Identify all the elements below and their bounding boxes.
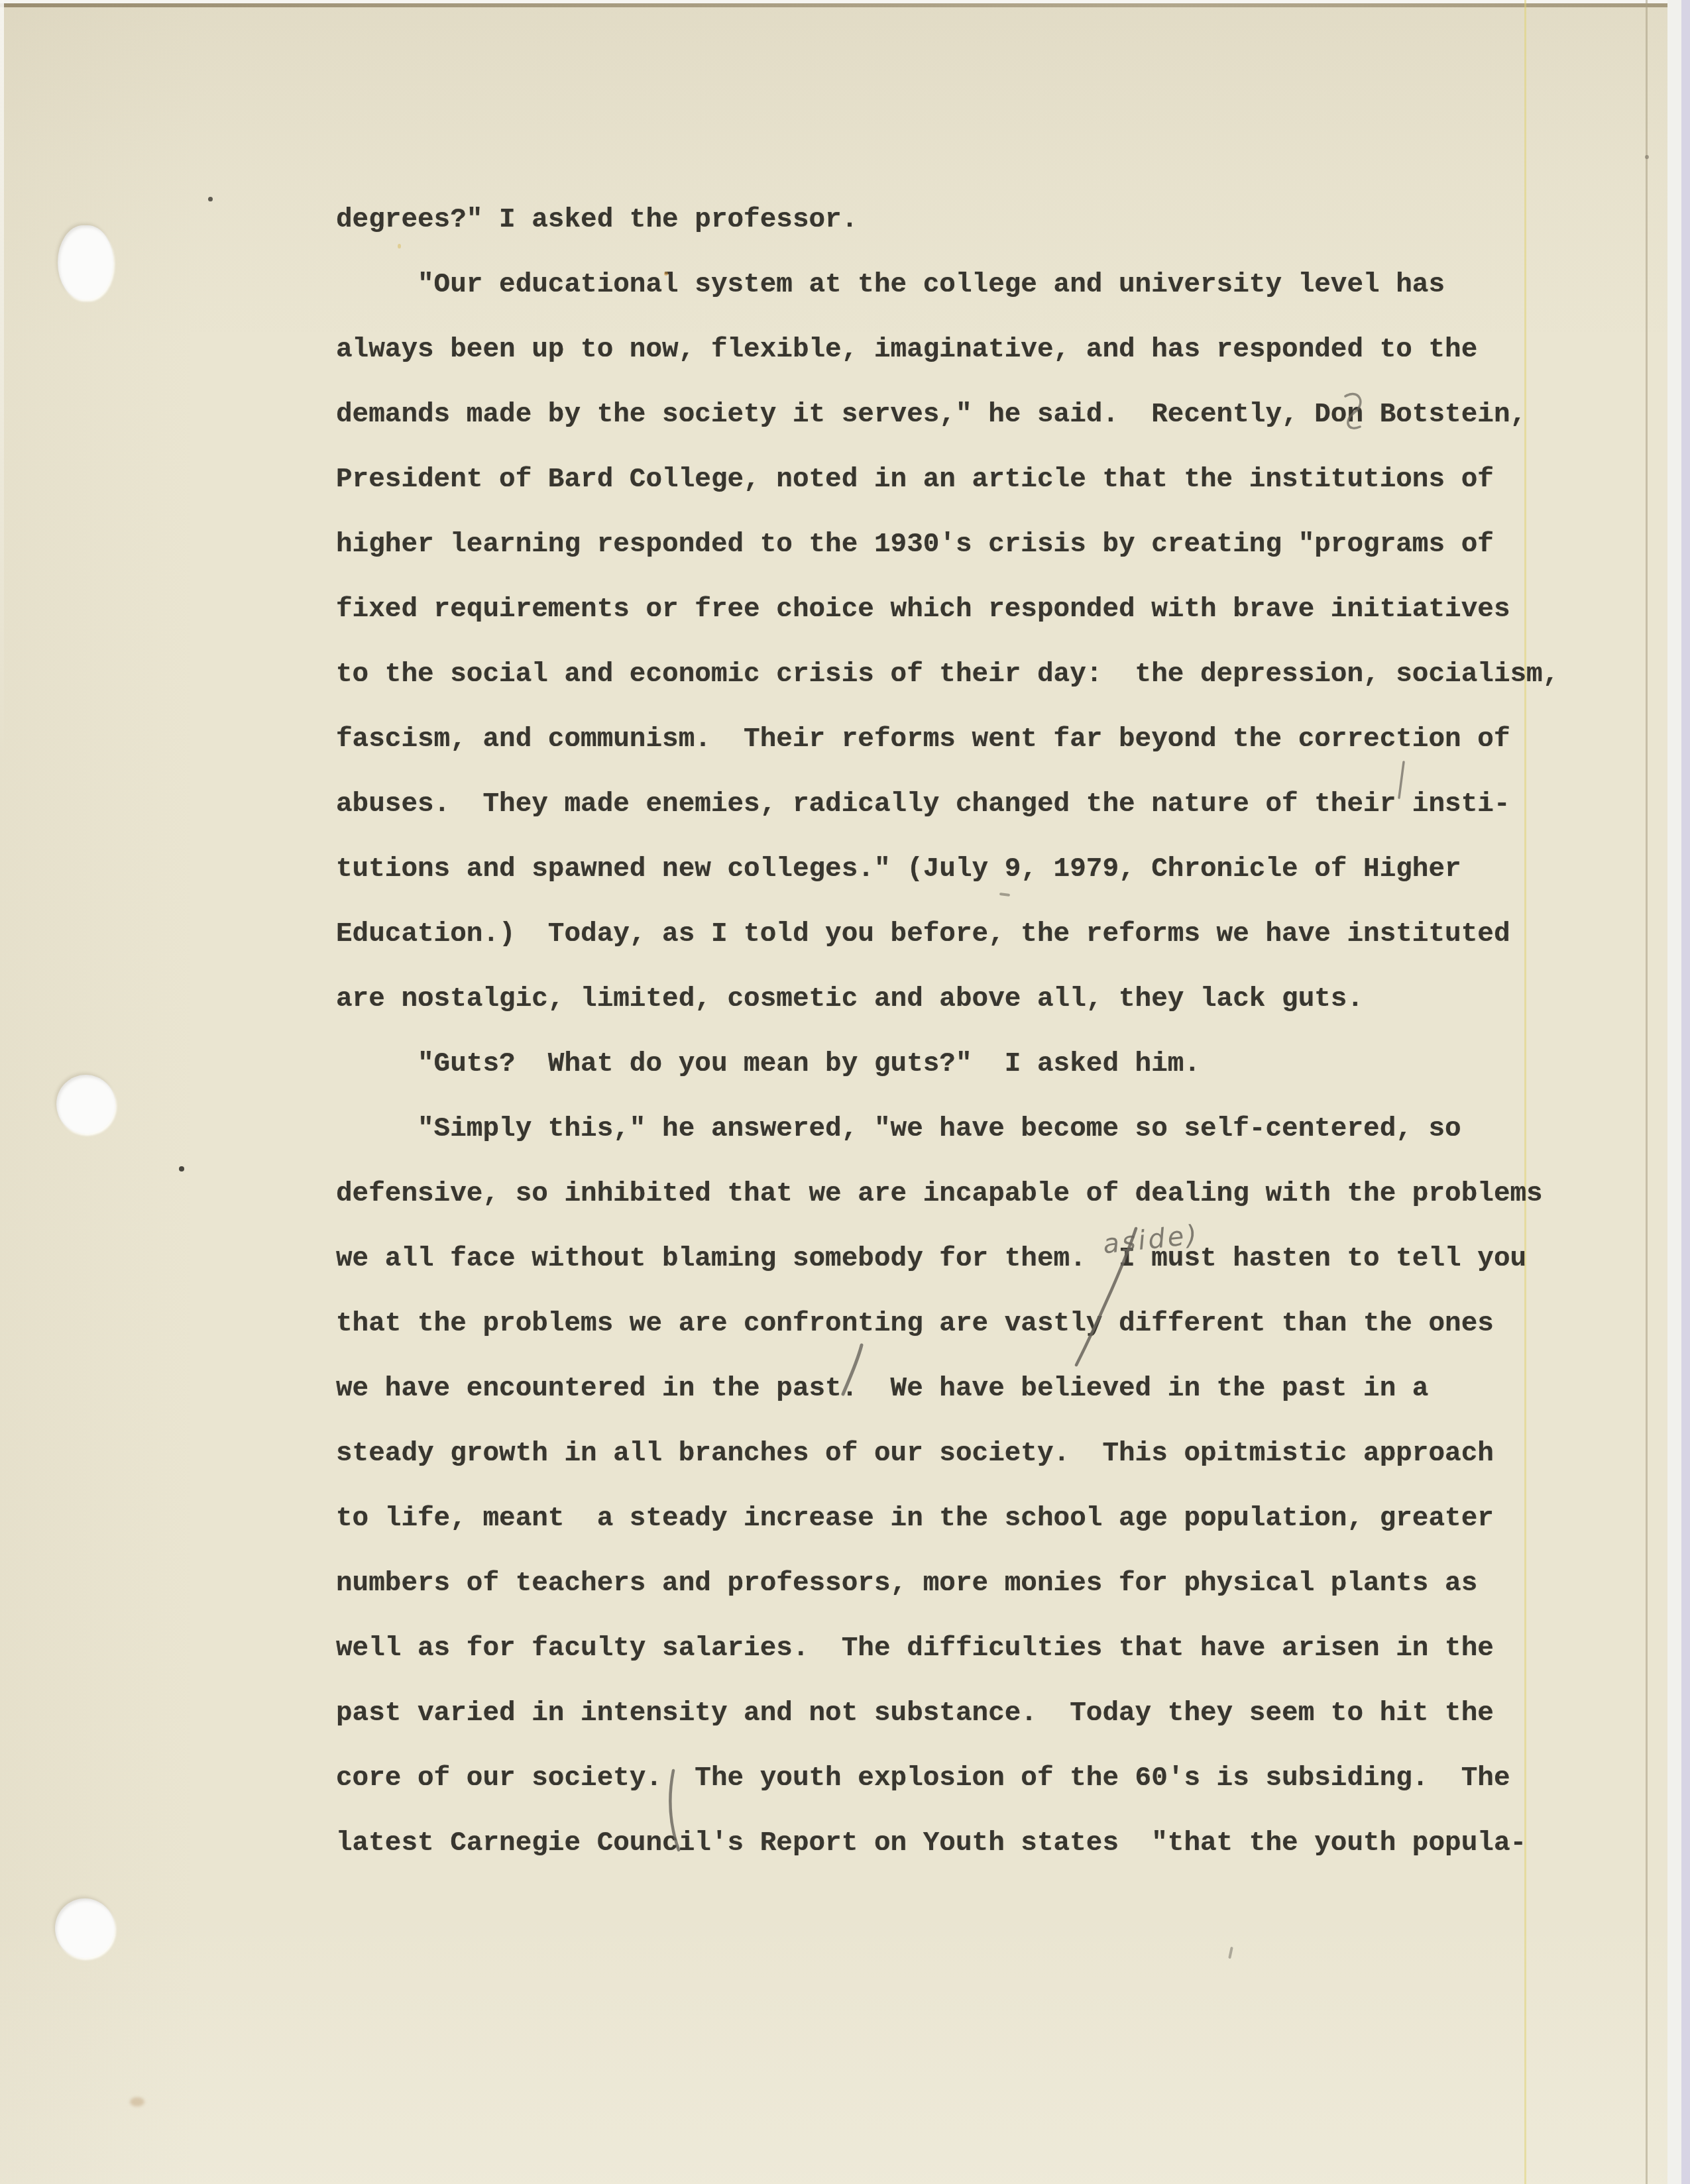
paper-sheet: degrees?" I asked the professor. "Our ed…: [0, 0, 1668, 2184]
scanned-document: { "page": { "kind": "typewritten manuscr…: [0, 0, 1690, 2184]
pencil-tick-their: [1399, 762, 1404, 798]
paper-smudge: [130, 2097, 144, 2106]
pencil-slash-past: [843, 1345, 862, 1394]
fiber-speck: [398, 244, 401, 248]
scan-backing-lavender: [1681, 0, 1690, 2184]
fiber-speck: [664, 272, 668, 276]
pencil-bar-youth: [670, 1771, 679, 1850]
pencil-annotations: [0, 0, 1690, 2184]
ink-speck: [208, 197, 213, 201]
dust-speck: [1645, 155, 1649, 159]
ink-speck: [179, 1166, 184, 1172]
pencil-slash-aside: [1076, 1228, 1136, 1365]
scan-backing-white: [1667, 0, 1682, 2184]
pencil-correction-don: [1345, 394, 1361, 429]
